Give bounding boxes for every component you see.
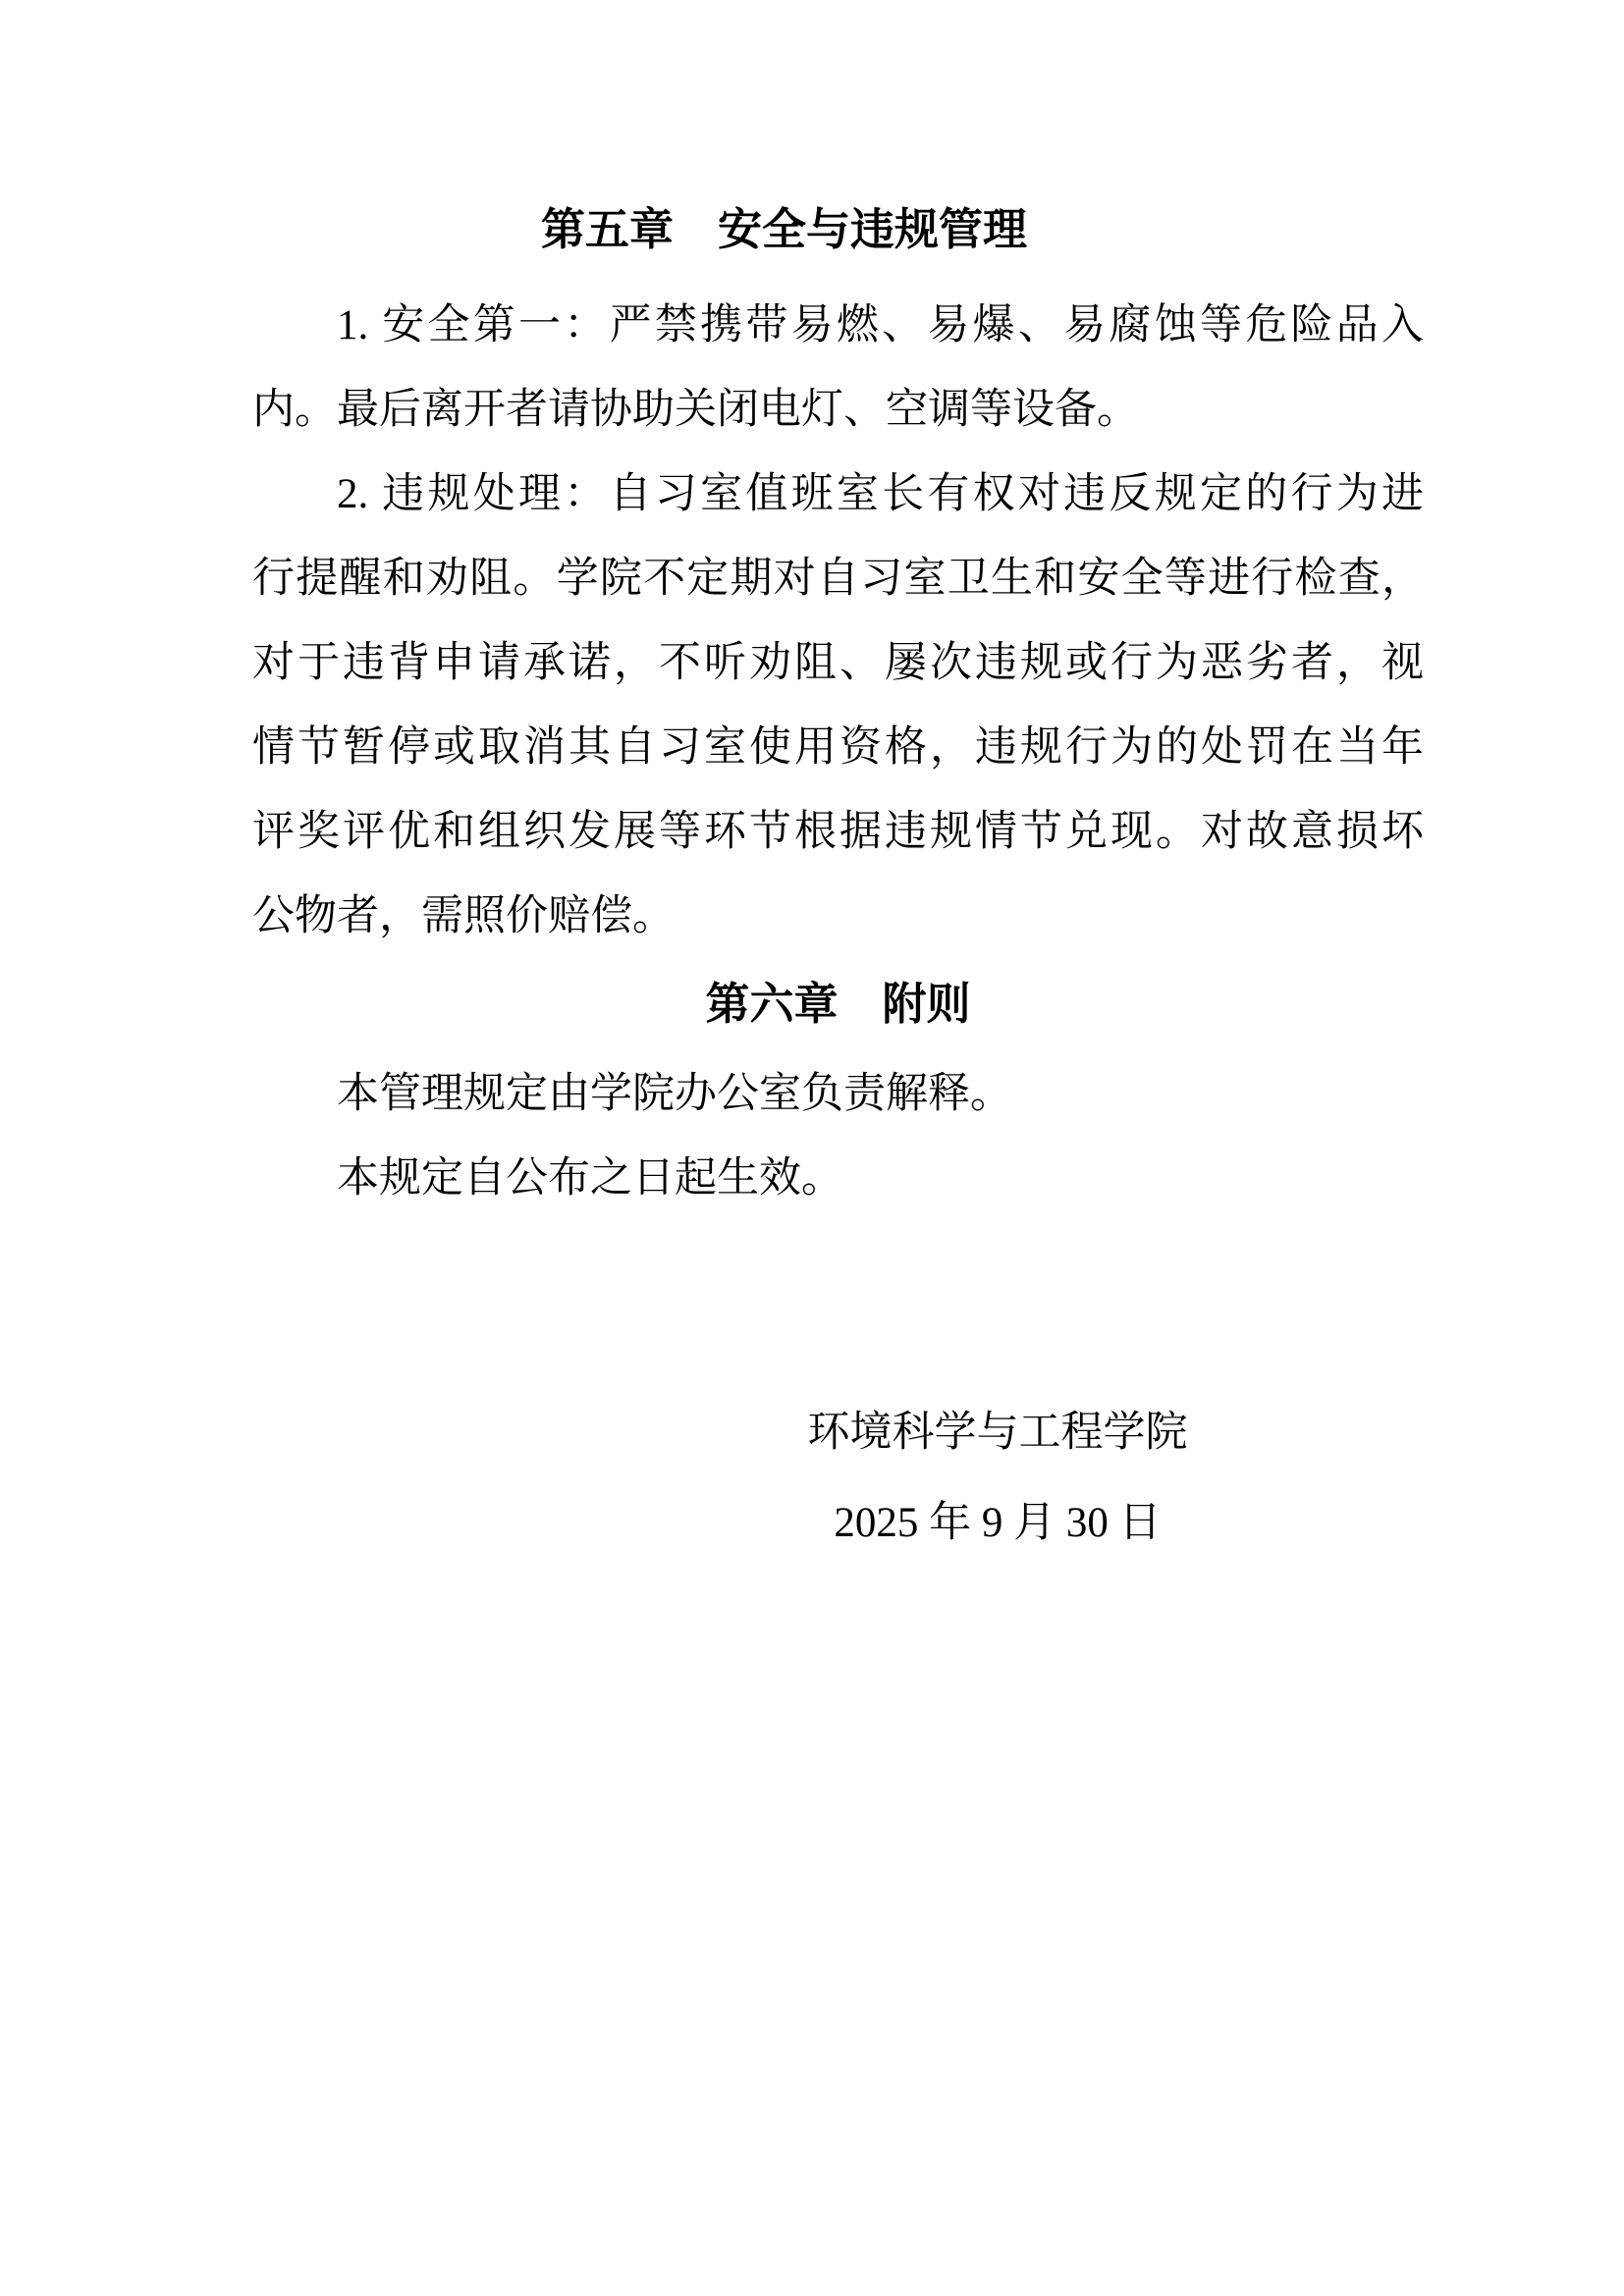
body-line: 本规定自公布之日起生效。 bbox=[252, 1137, 1424, 1221]
signature-organization: 环境科学与工程学院 bbox=[571, 1388, 1424, 1478]
signature-date: 2025 年 9 月 30 日 bbox=[571, 1478, 1424, 1569]
signature-block: 环境科学与工程学院 2025 年 9 月 30 日 bbox=[571, 1388, 1424, 1569]
body-line: 1. 安全第一：严禁携带易燃、易爆、易腐蚀等危险品入 bbox=[252, 284, 1424, 368]
chapter5-paragraph-2: 2. 违规处理：自习室值班室长有权对违反规定的行为进 行提醒和劝阻。学院不定期对… bbox=[252, 453, 1424, 959]
chapter6-paragraph-1: 本管理规定由学院办公室负责解释。 bbox=[252, 1052, 1424, 1137]
chapter6-paragraph-2: 本规定自公布之日起生效。 bbox=[252, 1137, 1424, 1221]
body-line: 行提醒和劝阻。学院不定期对自习室卫生和安全等进行检查， bbox=[252, 537, 1424, 621]
body-line: 评奖评优和组织发展等环节根据违规情节兑现。对故意损坏 bbox=[252, 790, 1424, 875]
body-line: 内。最后离开者请协助关闭电灯、空调等设备。 bbox=[252, 368, 1424, 453]
body-line: 公物者，需照价赔偿。 bbox=[252, 875, 1424, 959]
body-line: 情节暂停或取消其自习室使用资格，违规行为的处罚在当年 bbox=[252, 706, 1424, 790]
document-page: 第五章 安全与违规管理 1. 安全第一：严禁携带易燃、易爆、易腐蚀等危险品入 内… bbox=[0, 0, 1624, 2296]
body-line: 2. 违规处理：自习室值班室长有权对违反规定的行为进 bbox=[252, 453, 1424, 537]
chapter5-heading: 第五章 安全与违规管理 bbox=[198, 198, 1370, 261]
chapter6-heading: 第六章 附则 bbox=[252, 962, 1424, 1046]
chapter5-paragraph-1: 1. 安全第一：严禁携带易燃、易爆、易腐蚀等危险品入 内。最后离开者请协助关闭电… bbox=[252, 284, 1424, 453]
body-line: 本管理规定由学院办公室负责解释。 bbox=[252, 1052, 1424, 1137]
body-line: 对于违背申请承诺，不听劝阻、屡次违规或行为恶劣者，视 bbox=[252, 621, 1424, 706]
